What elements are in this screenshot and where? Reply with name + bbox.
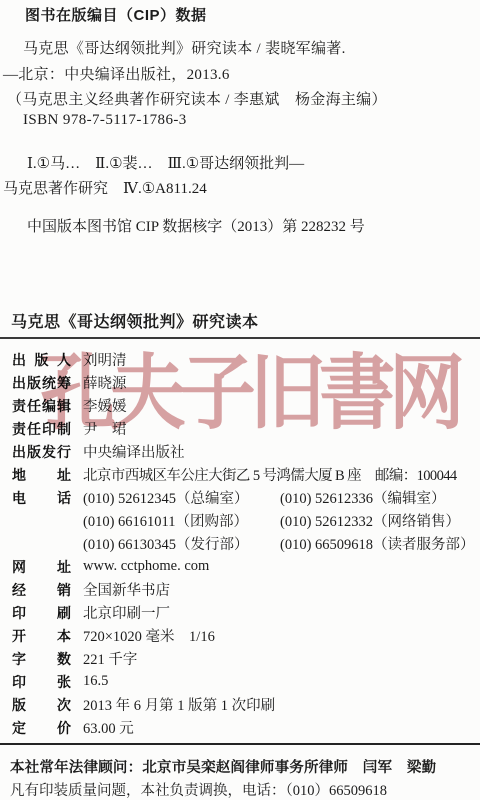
- phone-entry: (010) 52612345（总编室）: [83, 487, 280, 508]
- detail-value: (010) 66161011（团购部） (010) 52612332（网络销售）: [83, 510, 480, 531]
- cip-publisher-line: —北京：中央编译出版社，2013.6: [3, 63, 230, 84]
- detail-row-word-count: 字数 221 千字: [0, 647, 480, 670]
- phone-entry: (010) 52612332（网络销售）: [280, 510, 480, 531]
- detail-label: 开本: [12, 626, 71, 646]
- cip-classification-line1: Ⅰ.①马… Ⅱ.①裴… Ⅲ.①哥达纲领批判—: [27, 152, 304, 173]
- detail-label: 网址: [12, 557, 71, 577]
- detail-row-print-supervisor: 责任印制 尹 珺: [0, 417, 480, 440]
- detail-row-publisher: 出版发行 中央编译出版社: [0, 440, 480, 463]
- detail-label: 出版人: [12, 350, 71, 370]
- cip-series-line: （马克思主义经典著作研究读本 / 李惠斌 杨金海主编）: [7, 88, 387, 109]
- cip-record-number: 中国版本图书馆 CIP 数据核字（2013）第 228232 号: [27, 215, 365, 236]
- detail-row-coordinator: 出版统筹 薛晓源: [0, 371, 480, 394]
- detail-label: 出版统筹: [12, 373, 71, 393]
- detail-row-edition: 版次 2013 年 6 月第 1 版第 1 次印刷: [0, 693, 480, 716]
- phone-entry: (010) 52612336（编辑室）: [280, 487, 480, 508]
- book-copyright-page: 图书在版编目（CIP）数据 马克思《哥达纲领批判》研究读本 / 裴晓军编著. —…: [0, 0, 480, 800]
- detail-label: 经销: [12, 580, 71, 600]
- detail-row-editor: 责任编辑 李媛媛: [0, 394, 480, 417]
- cip-isbn: ISBN 978-7-5117-1786-3: [23, 112, 187, 129]
- detail-value: (010) 52612345（总编室） (010) 52612336（编辑室）: [83, 487, 480, 508]
- detail-value: 薛晓源: [83, 372, 480, 393]
- detail-row-address: 地址 北京市西城区车公庄大街乙 5 号鸿儒大厦 B 座 邮编：100044: [0, 463, 480, 486]
- detail-row-phone-2: (010) 66161011（团购部） (010) 52612332（网络销售）: [0, 509, 480, 532]
- detail-value: 全国新华书店: [83, 579, 480, 600]
- cip-title-statement: 马克思《哥达纲领批判》研究读本 / 裴晓军编著.: [23, 37, 346, 58]
- phone-entry: (010) 66130345（发行部）: [83, 533, 280, 554]
- detail-row-sheets: 印张 16.5: [0, 670, 480, 693]
- detail-value: 2013 年 6 月第 1 版第 1 次印刷: [83, 694, 480, 715]
- detail-row-distribution: 经销 全国新华书店: [0, 578, 480, 601]
- detail-row-website: 网址 www. cctphome. com: [0, 555, 480, 578]
- detail-label: 责任印制: [12, 419, 71, 439]
- detail-label: 版次: [12, 695, 71, 715]
- colophon-book-title: 马克思《哥达纲领批判》研究读本: [11, 309, 259, 332]
- detail-label: 印张: [12, 672, 71, 692]
- cip-heading: 图书在版编目（CIP）数据: [25, 4, 207, 25]
- title-divider-rule: [0, 337, 480, 339]
- detail-value: 李媛媛: [83, 395, 480, 416]
- detail-row-printing-house: 印刷 北京印刷一厂: [0, 601, 480, 624]
- detail-value: 尹 珺: [83, 418, 480, 439]
- detail-row-publisher-person: 出版人 刘明清: [0, 348, 480, 371]
- detail-row-phone-1: 电话 (010) 52612345（总编室） (010) 52612336（编辑…: [0, 486, 480, 509]
- detail-value: 221 千字: [83, 648, 480, 669]
- legal-counsel-note: 本社常年法律顾问：北京市吴栾赵阎律师事务所律师 闫军 梁勤: [10, 756, 436, 777]
- detail-label: 印刷: [12, 603, 71, 623]
- detail-row-phone-3: (010) 66130345（发行部） (010) 66509618（读者服务部…: [0, 532, 480, 555]
- phone-entry: (010) 66161011（团购部）: [83, 510, 280, 531]
- detail-label: 地址: [12, 465, 71, 485]
- detail-label: 定价: [12, 718, 71, 738]
- detail-label: 电话: [12, 488, 71, 508]
- detail-value: (010) 66130345（发行部） (010) 66509618（读者服务部…: [83, 533, 480, 554]
- detail-value: www. cctphome. com: [83, 558, 480, 575]
- detail-value: 16.5: [83, 673, 480, 690]
- detail-row-format: 开本 720×1020 毫米 1/16: [0, 624, 480, 647]
- detail-label: 责任编辑: [12, 396, 71, 416]
- footer-divider-rule: [0, 743, 480, 745]
- phone-entry: (010) 66509618（读者服务部）: [280, 533, 480, 554]
- detail-value: 中央编译出版社: [83, 441, 480, 462]
- detail-label: 字数: [12, 649, 71, 669]
- detail-value: 北京印刷一厂: [83, 602, 480, 623]
- detail-value: 63.00 元: [83, 717, 480, 738]
- detail-label: 出版发行: [12, 442, 71, 462]
- detail-row-price: 定价 63.00 元: [0, 716, 480, 739]
- cip-classification-line2: 马克思著作研究 Ⅳ.①A811.24: [3, 177, 207, 198]
- colophon-details: 出版人 刘明清 出版统筹 薛晓源 责任编辑 李媛媛 责任印制 尹 珺 出版发行 …: [0, 348, 480, 739]
- print-quality-note: 凡有印装质量问题，本社负责调换，电话：（010）66509618: [10, 779, 387, 800]
- detail-value: 720×1020 毫米 1/16: [83, 625, 480, 646]
- detail-value: 北京市西城区车公庄大街乙 5 号鸿儒大厦 B 座 邮编：100044: [83, 464, 480, 485]
- detail-value: 刘明清: [83, 349, 480, 370]
